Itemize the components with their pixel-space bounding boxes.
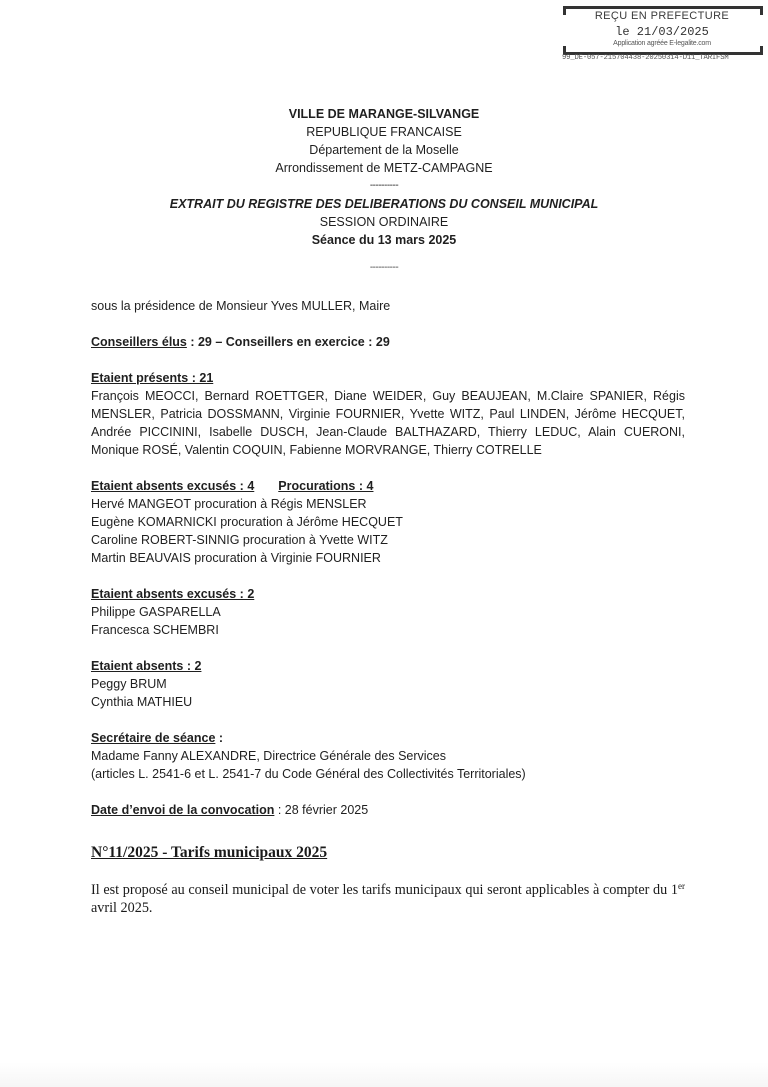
absent-item: Peggy BRUM bbox=[91, 675, 685, 693]
header-separator: ---------- bbox=[0, 177, 768, 195]
present-heading: Etaient présents : 21 bbox=[91, 369, 685, 387]
proxy-item: Eugène KOMARNICKI procuration à Jérôme H… bbox=[91, 513, 685, 531]
absent-excused-proxy-heading: Etaient absents excusés : 4Procurations … bbox=[91, 477, 685, 495]
proxy-count: Procurations : 4 bbox=[278, 479, 373, 493]
absent-item: Cynthia MATHIEU bbox=[91, 693, 685, 711]
absent-excused-heading: Etaient absents excusés : 2 bbox=[91, 585, 685, 603]
councillors-label: Conseillers élus bbox=[91, 335, 187, 349]
department: Département de la Moselle bbox=[0, 141, 768, 159]
session-type: SESSION ORDINAIRE bbox=[0, 213, 768, 231]
secretary-name: Madame Fanny ALEXANDRE, Directrice Génér… bbox=[91, 747, 685, 765]
prefecture-receipt-stamp: REÇU EN PREFECTURE le 21/03/2025 Applica… bbox=[563, 6, 761, 50]
stamp-act-identifier: 99_DE-057-215704438-20250314-D11_TARIFSM bbox=[562, 54, 768, 62]
register-title: EXTRAIT DU REGISTRE DES DELIBERATIONS DU… bbox=[0, 195, 768, 213]
proxy-item: Hervé MANGEOT procuration à Régis MENSLE… bbox=[91, 495, 685, 513]
stamp-received-label: REÇU EN PREFECTURE bbox=[563, 10, 761, 22]
secretary-legal-reference: (articles L. 2541-6 et L. 2541-7 du Code… bbox=[91, 765, 685, 783]
absent-excused-item: Francesca SCHEMBRI bbox=[91, 621, 685, 639]
convocation-date: Date d’envoi de la convocation : 28 févr… bbox=[91, 801, 685, 819]
absent-heading: Etaient absents : 2 bbox=[91, 657, 685, 675]
stamp-date: le 21/03/2025 bbox=[563, 25, 761, 39]
attendance-section: sous la présidence de Monsieur Yves MULL… bbox=[91, 297, 685, 819]
deliberation-title: N°11/2025 - Tarifs municipaux 2025 bbox=[91, 843, 685, 863]
deliberation-text: Il est proposé au conseil municipal de v… bbox=[91, 881, 685, 917]
city-name: VILLE DE MARANGE-SILVANGE bbox=[0, 105, 768, 123]
councillors-count: Conseillers élus : 29 – Conseillers en e… bbox=[91, 333, 685, 351]
councillors-value: : 29 – Conseillers en exercice : 29 bbox=[187, 335, 390, 349]
meeting-date: Séance du 13 mars 2025 bbox=[0, 231, 768, 249]
secretary-heading: Secrétaire de séance : bbox=[91, 729, 685, 747]
section-separator: ---------- bbox=[0, 262, 768, 273]
document-header: VILLE DE MARANGE-SILVANGE REPUBLIQUE FRA… bbox=[0, 105, 768, 249]
present-members-list: François MEOCCI, Bernard ROETTGER, Diane… bbox=[91, 387, 685, 459]
arrondissement: Arrondissement de METZ-CAMPAGNE bbox=[0, 159, 768, 177]
country: REPUBLIQUE FRANCAISE bbox=[0, 123, 768, 141]
absent-excused-item: Philippe GASPARELLA bbox=[91, 603, 685, 621]
presidency: sous la présidence de Monsieur Yves MULL… bbox=[91, 297, 685, 315]
deliberation-section: N°11/2025 - Tarifs municipaux 2025 Il es… bbox=[91, 843, 685, 917]
proxy-item: Martin BEAUVAIS procuration à Virginie F… bbox=[91, 549, 685, 567]
proxy-item: Caroline ROBERT-SINNIG procuration à Yve… bbox=[91, 531, 685, 549]
